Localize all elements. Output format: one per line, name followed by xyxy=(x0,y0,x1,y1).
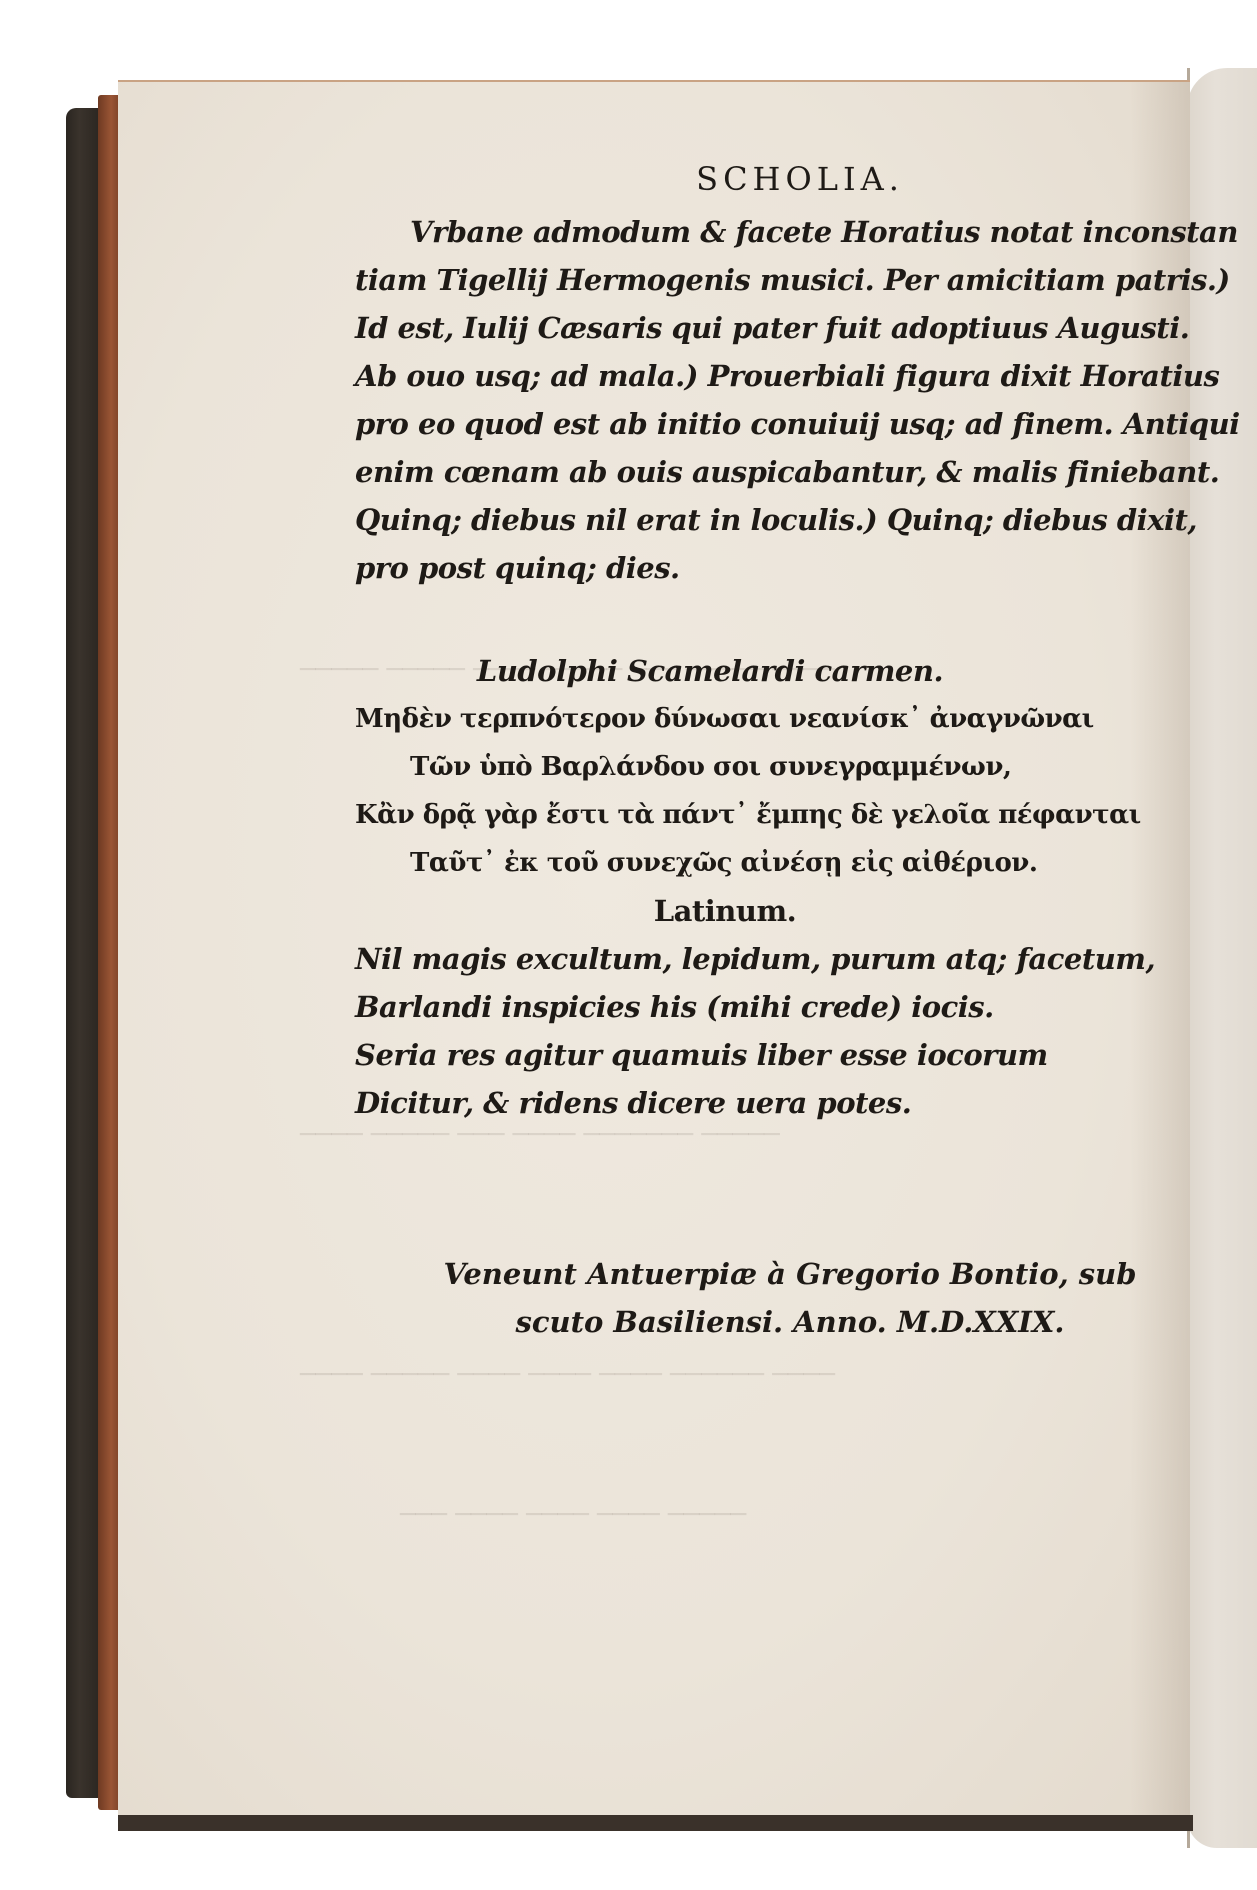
latin-verse-line: Nil magis excultum, lepidum, purum atq; … xyxy=(355,935,1185,983)
scholia-line: tiam Tigellij Hermogenis musici. Per ami… xyxy=(355,256,1185,304)
scholia-line: Quinq; diebus nil erat in loculis.) Quin… xyxy=(355,496,1185,544)
facing-page-edge xyxy=(1187,68,1257,1848)
show-through-text: ─── ──── ──── ──── ───── xyxy=(400,1500,746,1530)
colophon-imprint: Veneunt Antuerpiæ à Gregorio Bontio, sub… xyxy=(430,1250,1150,1346)
scholia-line: Ab ouo usq; ad mala.) Prouerbiali figura… xyxy=(355,352,1185,400)
greek-verse-line: Μηδὲν τερπνότερον δύνωσαι νεανίσκ᾽ ἀναγν… xyxy=(355,695,1185,743)
latin-verse-line: Dicitur, & ridens dicere uera potes. xyxy=(355,1079,1185,1127)
scholia-line: Vrbane admodum & facete Horatius notat i… xyxy=(355,208,1185,256)
page-text-block: SCHOLIA. Vrbane admodum & facete Horatiu… xyxy=(355,160,1185,1127)
imprint-line: Veneunt Antuerpiæ à Gregorio Bontio, sub xyxy=(430,1250,1150,1298)
imprint-line: scuto Basiliensi. Anno. M.D.XXIX. xyxy=(430,1298,1150,1346)
greek-verse-line: Τῶν ὑπὸ Βαρλάνδου σοι συνεγραμμένων, xyxy=(355,743,1185,791)
show-through-text: ──── ───── ──── ──── ──── ────── ──── xyxy=(300,1360,835,1390)
scholia-line: Id est, Iulij Cæsaris qui pater fuit ado… xyxy=(355,304,1185,352)
book-spine-binding xyxy=(66,108,100,1798)
scholia-line: pro post quinq; dies. xyxy=(355,544,1185,592)
greek-verse-line: Κἂν δρᾷ γὰρ ἔστι τὰ πάντ᾽ ἔμπης δὲ γελοῖ… xyxy=(355,791,1185,839)
poem-title: Ludolphi Scamelardi carmen. xyxy=(355,647,1185,695)
scholia-line: pro eo quod est ab initio conuiuij usq; … xyxy=(355,400,1185,448)
latin-title: Latinum. xyxy=(355,887,1185,935)
book-bottom-board xyxy=(118,1815,1193,1831)
latin-verse-line: Seria res agitur quamuis liber esse ioco… xyxy=(355,1031,1185,1079)
greek-verse-line: Ταῦτ᾽ ἐκ τοῦ συνεχῶς αἰνέσῃ εἰς αἰθέριον… xyxy=(355,839,1185,887)
scholia-line: enim cœnam ab ouis auspicabantur, & mali… xyxy=(355,448,1185,496)
latin-verse-line: Barlandi inspicies his (mihi crede) ioci… xyxy=(355,983,1185,1031)
page-heading: SCHOLIA. xyxy=(355,160,1185,198)
book-cover-edge xyxy=(98,95,120,1810)
